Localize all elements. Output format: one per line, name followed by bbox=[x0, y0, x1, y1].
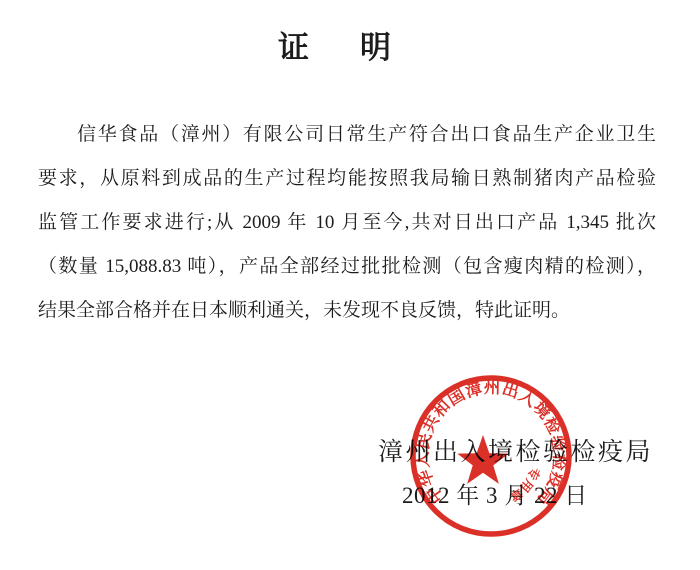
certificate-body: 信华食品（漳州）有限公司日常生产符合出口食品生产企业卫生 要求，从原料到成品的生… bbox=[38, 113, 656, 333]
seal-star-icon bbox=[457, 435, 508, 484]
body-line-5: 结果全部合格并在日本顺利通关，未发现不良反馈，特此证明。 bbox=[38, 289, 656, 333]
body-line-4: （数量 15,088.83 吨），产品全部经过批批检测（包含瘦肉精的检测）， bbox=[38, 245, 656, 289]
certificate-title: 证 明 bbox=[0, 22, 685, 67]
title-char-left: 证 bbox=[278, 22, 310, 67]
body-line-1: 信华食品（漳州）有限公司日常生产符合出口食品生产企业卫生 bbox=[38, 113, 656, 157]
body-line-3: 监管工作要求进行;从 2009 年 10 月至今,共对日出口产品 1,345 批… bbox=[38, 201, 656, 245]
certificate-page: 证 明 信华食品（漳州）有限公司日常生产符合出口食品生产企业卫生 要求，从原料到… bbox=[0, 0, 700, 570]
official-seal: 中华人民共和国漳州出入境检验检疫局 专用章 bbox=[407, 372, 575, 540]
body-line-2: 要求，从原料到成品的生产过程均能按照我局输日熟制猪肉产品检验 bbox=[38, 157, 656, 201]
title-char-right: 明 bbox=[360, 22, 392, 67]
